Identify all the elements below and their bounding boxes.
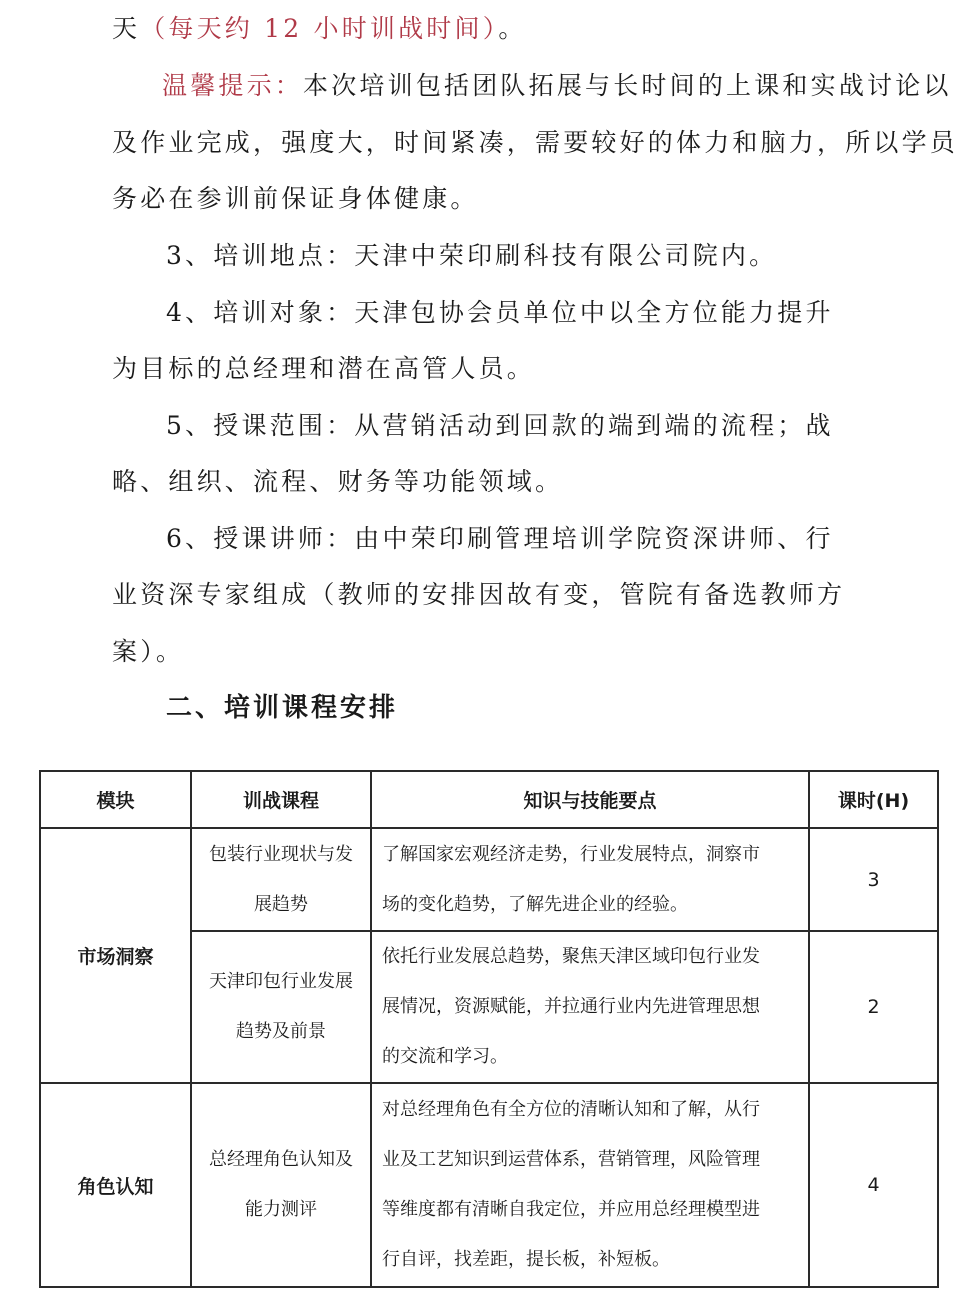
knowledge-cell: 依托行业发展总趋势，聚焦天津区域印包行业发 展情况，资源赋能，并拉通行业内先进管… bbox=[371, 931, 809, 1083]
course-cell: 包装行业现状与发 展趋势 bbox=[191, 828, 371, 931]
text: 依托行业发展总趋势，聚焦天津区域印包行业发 bbox=[382, 932, 800, 982]
text: 等维度都有清晰自我定位，并应用总经理模型进 bbox=[382, 1185, 800, 1235]
text: 天津印包行业发展 bbox=[198, 957, 364, 1007]
text: 展趋势 bbox=[198, 880, 364, 930]
tip-label: 温馨提示： bbox=[162, 71, 303, 100]
hours-cell: 3 bbox=[809, 828, 938, 931]
header-course: 训战课程 bbox=[191, 771, 371, 828]
item-audience: 4、培训对象：天津包协会员单位中以全方位能力提升 bbox=[166, 298, 834, 328]
text: 包装行业现状与发 bbox=[198, 830, 364, 880]
tip-paragraph: 温馨提示：本次培训包括团队拓展与长时间的上课和实战讨论以 bbox=[162, 71, 952, 101]
course-schedule-table: 模块 训战课程 知识与技能要点 课时(H) 市场洞察 包装行业现状与发 展趋势 … bbox=[39, 770, 939, 1288]
course-cell: 天津印包行业发展 趋势及前景 bbox=[191, 931, 371, 1083]
text: 趋势及前景 bbox=[198, 1007, 364, 1057]
knowledge-cell: 对总经理角色有全方位的清晰认知和了解，从行 业及工艺知识到运营体系，营销管理，风… bbox=[371, 1083, 809, 1287]
header-hours: 课时(H) bbox=[809, 771, 938, 828]
module-cell: 市场洞察 bbox=[40, 828, 191, 1083]
course-cell: 总经理角色认知及 能力测评 bbox=[191, 1083, 371, 1287]
text: 对总经理角色有全方位的清晰认知和了解，从行 bbox=[382, 1085, 800, 1135]
header-knowledge: 知识与技能要点 bbox=[371, 771, 809, 828]
module-cell: 角色认知 bbox=[40, 1083, 191, 1287]
text: 展情况，资源赋能，并拉通行业内先进管理思想 bbox=[382, 982, 800, 1032]
table-row: 市场洞察 包装行业现状与发 展趋势 了解国家宏观经济走势，行业发展特点，洞察市 … bbox=[40, 828, 938, 931]
paragraph-line: 及作业完成，强度大，时间紧凑，需要较好的体力和脑力，所以学员 bbox=[112, 128, 958, 158]
hours-cell: 2 bbox=[809, 931, 938, 1083]
text: 天 bbox=[112, 14, 140, 43]
table-row: 角色认知 总经理角色认知及 能力测评 对总经理角色有全方位的清晰认知和了解，从行… bbox=[40, 1083, 938, 1287]
table-header-row: 模块 训战课程 知识与技能要点 课时(H) bbox=[40, 771, 938, 828]
item-scope: 5、授课范围：从营销活动到回款的端到端的流程；战 bbox=[166, 411, 834, 441]
text: 场的变化趋势，了解先进企业的经验。 bbox=[382, 880, 800, 930]
text: 业及工艺知识到运营体系，营销管理，风险管理 bbox=[382, 1135, 800, 1185]
paragraph-line: 案）。 bbox=[112, 637, 184, 667]
text: 行自评，找差距，提长板，补短板。 bbox=[382, 1235, 800, 1285]
text: 总经理角色认知及 bbox=[198, 1135, 364, 1185]
knowledge-cell: 了解国家宏观经济走势，行业发展特点，洞察市 场的变化趋势，了解先进企业的经验。 bbox=[371, 828, 809, 931]
item-location: 3、培训地点：天津中荣印刷科技有限公司院内。 bbox=[166, 241, 777, 271]
item-lecturers: 6、授课讲师：由中荣印刷管理培训学院资深讲师、行 bbox=[166, 524, 834, 554]
text: 能力测评 bbox=[198, 1185, 364, 1235]
paragraph-line: 略、组织、流程、财务等功能领域。 bbox=[112, 467, 563, 497]
header-module: 模块 bbox=[40, 771, 191, 828]
paragraph-line: 天（每天约 12 小时训战时间）。 bbox=[112, 14, 527, 44]
paragraph-line: 业资深专家组成（教师的安排因故有变，管院有备选教师方 bbox=[112, 580, 845, 610]
text: 。 bbox=[498, 14, 526, 43]
text: 了解国家宏观经济走势，行业发展特点，洞察市 bbox=[382, 830, 800, 880]
highlighted-note: （每天约 12 小时训战时间） bbox=[140, 14, 498, 43]
text: 本次培训包括团队拓展与长时间的上课和实战讨论以 bbox=[303, 71, 952, 100]
paragraph-line: 为目标的总经理和潜在高管人员。 bbox=[112, 354, 535, 384]
text: 的交流和学习。 bbox=[382, 1032, 800, 1082]
paragraph-line: 务必在参训前保证身体健康。 bbox=[112, 184, 479, 214]
hours-cell: 4 bbox=[809, 1083, 938, 1287]
section-heading: 二、培训课程安排 bbox=[166, 693, 398, 723]
